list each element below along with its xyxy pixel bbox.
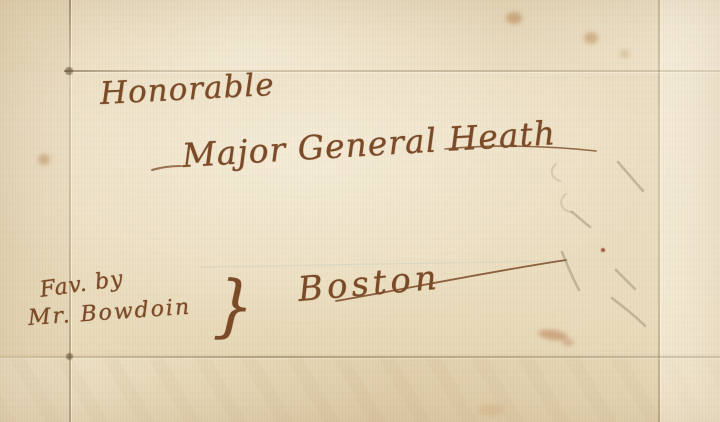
crease-junction-mark-bottom bbox=[66, 353, 73, 360]
destination-city-text: Boston bbox=[296, 258, 442, 310]
fold-panel-bottom bbox=[0, 358, 720, 422]
faint-stain bbox=[478, 404, 504, 416]
fold-panel-left bbox=[0, 0, 69, 422]
foxing-spot bbox=[38, 154, 50, 165]
honorific-text: Honorable bbox=[99, 67, 275, 112]
ink-speck bbox=[601, 248, 605, 252]
fold-panel-top bbox=[0, 0, 720, 71]
horizontal-crease-bottom bbox=[0, 356, 720, 358]
pencil-docket-marks bbox=[562, 162, 645, 326]
ink-dash bbox=[152, 166, 181, 170]
pencil-docket-faint-curls bbox=[552, 164, 571, 212]
rust-stain bbox=[562, 339, 574, 346]
crease-junction-mark-top bbox=[65, 67, 73, 75]
vertical-fold-right bbox=[658, 0, 660, 422]
ink-brace: } bbox=[212, 271, 255, 341]
foxing-spot bbox=[506, 12, 522, 24]
foxing-spot bbox=[620, 50, 629, 58]
foxing-spot bbox=[584, 32, 598, 44]
fold-panel-right bbox=[660, 0, 720, 422]
letter-scan: Honorable Major General Heath Boston Fav… bbox=[0, 0, 720, 422]
recipient-name-text: Major General Heath bbox=[181, 113, 557, 175]
